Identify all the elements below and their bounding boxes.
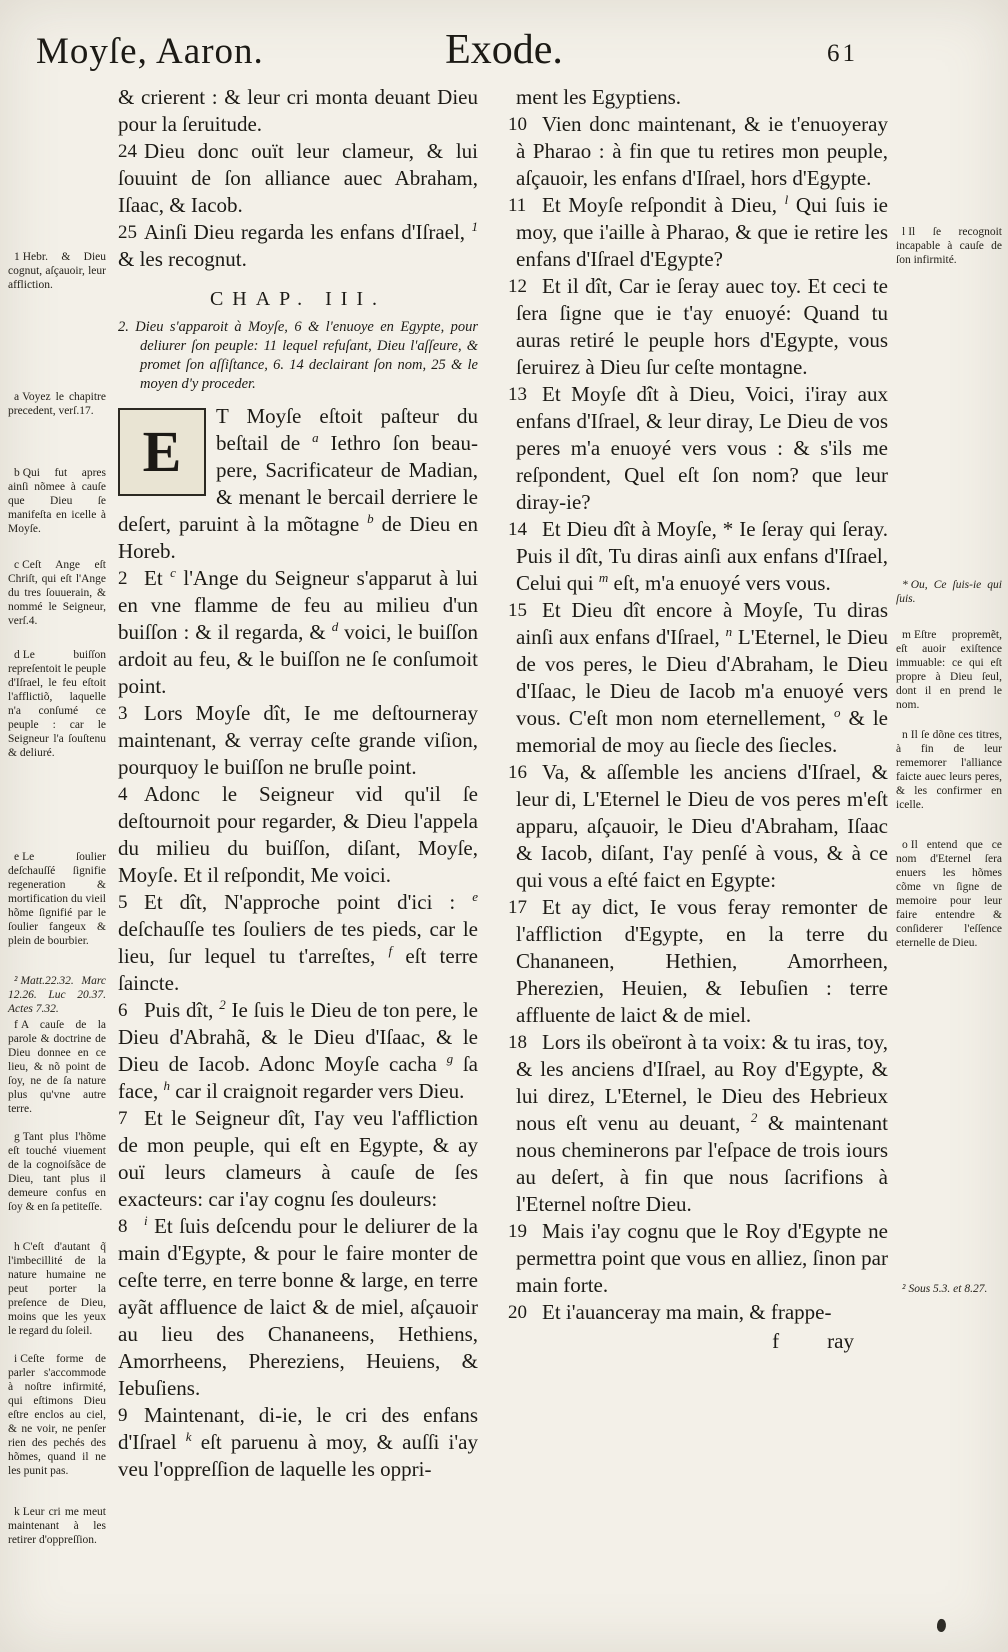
margin-note: nIl ſe dõne ces titres, à fin de leur re… xyxy=(896,728,1002,812)
note-text: Leur cri me meut maintenant à les retire… xyxy=(8,1506,106,1546)
verse-text: Dieu donc ouït leur clameur, & lui ſouui… xyxy=(118,139,478,217)
verse-text: Et Moyſe reſpondit à Dieu, l Qui ſuis ie… xyxy=(516,193,888,271)
margin-note: hC'eſt d'autant q̃ l'imbecillité de la n… xyxy=(8,1240,106,1338)
verse-number: 6 xyxy=(92,997,128,1024)
note-text: A cauſe de la parole & doctrine de Dieu … xyxy=(8,1019,106,1115)
verse-19: 19Mais i'ay cognu que le Roy d'Egypte ne… xyxy=(516,1218,888,1299)
margin-note: fA cauſe de la parole & doctrine de Dieu… xyxy=(8,1018,106,1116)
verse-number: 25 xyxy=(92,219,137,246)
note-label: * xyxy=(902,579,908,591)
book-page: Moyſe, Aaron. Exode. 61 1Hebr. & Dieu co… xyxy=(0,0,1008,1652)
note-label: i xyxy=(14,1353,17,1365)
note-label: 1 xyxy=(14,251,20,263)
verse-10: 10Vien donc maintenant, & ie t'enuoyeray… xyxy=(516,111,888,192)
catchword-row: fray xyxy=(516,1328,888,1355)
verse-text: Et c l'Ange du Seigneur s'apparut à lui … xyxy=(118,566,478,698)
verse-number: 13 xyxy=(482,381,527,408)
verse-4: 4Adonc le Seigneur vid qu'il ſe deſtourn… xyxy=(118,781,478,889)
verse-8: 8i Et ſuis deſcendu pour le deliurer de … xyxy=(118,1213,478,1402)
verse-11: 11Et Moyſe reſpondit à Dieu, l Qui ſuis … xyxy=(516,192,888,273)
verse-text: Et i'auanceray ma main, & frappe- xyxy=(542,1300,831,1324)
verse-number: 8 xyxy=(92,1213,128,1240)
verse-number: 3 xyxy=(92,700,128,727)
verse-text: Adonc le Seigneur vid qu'il ſe deſtourno… xyxy=(118,782,478,887)
verse-1: ET Moyſe eſtoit paſteur du beſtail de a … xyxy=(118,403,478,565)
note-label: d xyxy=(14,649,20,661)
note-text: Qui fut apres ainſi nõmee à cauſe que Di… xyxy=(8,467,106,535)
continuation-paragraph: ment les Egyptiens. xyxy=(516,84,888,111)
margin-note: *Ou, Ce ſuis-ie qui ſuis. xyxy=(896,578,1002,606)
verse-13: 13Et Moyſe dît à Dieu, Voici, i'iray aux… xyxy=(516,381,888,516)
verse-text: Et le Seigneur dît, I'ay veu l'afflictio… xyxy=(118,1106,478,1211)
verse-number: 11 xyxy=(482,192,526,219)
chapter-summary: 2. Dieu s'apparoit à Moyſe, 6 & l'enuoye… xyxy=(118,318,478,394)
margin-note: oIl entend que ce nom d'Eternel ſera enu… xyxy=(896,838,1002,950)
verse-text: Lors Moyſe dît, Ie me deſtourneray maint… xyxy=(118,701,478,779)
note-label: ² xyxy=(902,1283,905,1295)
verse-text: i Et ſuis deſcendu pour le deliurer de l… xyxy=(118,1214,478,1400)
verse-text: Ainſi Dieu regarda les enfans d'Iſrael, … xyxy=(118,220,478,271)
verse-15: 15Et Dieu dît encore à Moyſe, Tu diras a… xyxy=(516,597,888,759)
note-text: Eſtre propremẽt, eſt auoir exiſtence imm… xyxy=(896,629,1002,711)
note-text: Sous 5.3. et 8.27. xyxy=(908,1283,987,1295)
verse-number: 17 xyxy=(482,894,527,921)
verse-18: 18Lors ils obeïront à ta voix: & tu iras… xyxy=(516,1029,888,1218)
verse-text: Maintenant, di-ie, le cri des enfans d'I… xyxy=(118,1403,478,1481)
note-label: l xyxy=(902,226,905,238)
note-text: C'eſt d'autant q̃ l'imbecillité de la na… xyxy=(8,1241,106,1337)
note-text: Il ſe dõne ces titres, à fin de leur rem… xyxy=(896,729,1002,811)
verse-12: 12Et il dît, Car ie ſeray auec toy. Et c… xyxy=(516,273,888,381)
verse-17: 17Et ay dict, Ie vous feray remonter de … xyxy=(516,894,888,1029)
note-label: g xyxy=(14,1131,20,1143)
text-column-right: ment les Egyptiens. 10Vien donc maintena… xyxy=(516,84,888,1355)
verse-text: Vien donc maintenant, & ie t'enuoyeray à… xyxy=(516,112,888,190)
margin-note: 1Hebr. & Dieu cognut, aſçauoir, leur aff… xyxy=(8,250,106,292)
verse-text: Et ay dict, Ie vous feray remonter de l'… xyxy=(516,895,888,1027)
verse-number: 18 xyxy=(482,1029,527,1056)
verse-25: 25Ainſi Dieu regarda les enfans d'Iſrael… xyxy=(118,219,478,273)
page-number: 61 xyxy=(827,40,858,68)
margin-note: gTant plus l'hõme eſt touché viuement de… xyxy=(8,1130,106,1214)
verse-5: 5Et dît, N'approche point d'ici : e deſc… xyxy=(118,889,478,997)
verse-14: 14Et Dieu dît à Moyſe, * Ie ſeray qui ſe… xyxy=(516,516,888,597)
verse-text: Et dît, N'approche point d'ici : e deſch… xyxy=(118,890,478,995)
verse-24: 24Dieu donc ouït leur clameur, & lui ſou… xyxy=(118,138,478,219)
text-column-left: & crierent : & leur cri monta deuant Die… xyxy=(118,84,478,1483)
verse-number: 10 xyxy=(482,111,527,138)
verse-6: 6Puis dît, 2 Ie ſuis le Dieu de ton pere… xyxy=(118,997,478,1105)
verse-text: Puis dît, 2 Ie ſuis le Dieu de ton pere,… xyxy=(118,998,478,1103)
signature-mark: f xyxy=(772,1328,779,1355)
decorated-initial: E xyxy=(118,408,206,496)
note-text: Tant plus l'hõme eſt touché viuement de … xyxy=(8,1131,106,1213)
verse-number: 19 xyxy=(482,1218,527,1245)
note-text: Hebr. & Dieu cognut, aſçauoir, leur affl… xyxy=(8,251,106,291)
margin-note: kLeur cri me meut maintenant à les retir… xyxy=(8,1505,106,1547)
margin-note: aVoyez le chapitre precedent, verſ.17. xyxy=(8,390,106,418)
note-label: n xyxy=(902,729,908,741)
verse-16: 16Va, & aſſemble les anciens d'Iſrael, &… xyxy=(516,759,888,894)
verse-9: 9Maintenant, di-ie, le cri des enfans d'… xyxy=(118,1402,478,1483)
margin-note-crossref: ²Sous 5.3. et 8.27. xyxy=(896,1282,1002,1296)
note-label: b xyxy=(14,467,20,479)
note-text: Il entend que ce nom d'Eternel ſera enue… xyxy=(896,839,1002,949)
verse-text: Va, & aſſemble les anciens d'Iſrael, & l… xyxy=(516,760,888,892)
verse-text: Et Moyſe dît à Dieu, Voici, i'iray aux e… xyxy=(516,382,888,514)
note-label: ² xyxy=(14,975,17,987)
continuation-paragraph: & crierent : & leur cri monta deuant Die… xyxy=(118,84,478,138)
verse-number: 4 xyxy=(92,781,128,808)
verse-text: Et il dît, Car ie ſeray auec toy. Et cec… xyxy=(516,274,888,379)
verse-20: 20Et i'auanceray ma main, & frappe- xyxy=(516,1299,888,1326)
note-label: k xyxy=(14,1506,20,1518)
chapter-heading: CHAP. III. xyxy=(118,286,478,313)
verse-number: 20 xyxy=(482,1299,527,1326)
margin-note: bQui fut apres ainſi nõmee à cauſe que D… xyxy=(8,466,106,536)
margin-note: mEſtre propremẽt, eſt auoir exiſtence im… xyxy=(896,628,1002,712)
verse-number: 5 xyxy=(92,889,128,916)
verse-number: 14 xyxy=(482,516,527,543)
verse-number: 9 xyxy=(92,1402,128,1429)
verse-text: Lors ils obeïront à ta voix: & tu iras, … xyxy=(516,1030,888,1216)
note-text: Il ſe recognoit incapable à cauſe de ſon… xyxy=(896,226,1002,266)
note-label: h xyxy=(14,1241,20,1253)
verse-number: 15 xyxy=(482,597,527,624)
verse-text: Et Dieu dît à Moyſe, * Ie ſeray qui ſera… xyxy=(516,517,888,595)
right-margin-notes: lIl ſe recognoit incapable à cauſe de ſo… xyxy=(896,0,1002,1652)
note-label: f xyxy=(14,1019,18,1031)
note-label: e xyxy=(14,851,19,863)
note-label: o xyxy=(902,839,908,851)
verse-number: 7 xyxy=(92,1105,128,1132)
note-text: Ou, Ce ſuis-ie qui ſuis. xyxy=(896,579,1002,605)
verse-7: 7Et le Seigneur dît, I'ay veu l'afflicti… xyxy=(118,1105,478,1213)
note-label: a xyxy=(14,391,19,403)
margin-note: lIl ſe recognoit incapable à cauſe de ſo… xyxy=(896,225,1002,267)
drop-cap-letter: E xyxy=(143,423,182,481)
verse-text: Et Dieu dît encore à Moyſe, Tu diras ain… xyxy=(516,598,888,757)
verse-number: 16 xyxy=(482,759,527,786)
verse-number: 12 xyxy=(482,273,527,300)
verse-number: 2 xyxy=(92,565,128,592)
note-label: c xyxy=(14,559,19,571)
verse-3: 3Lors Moyſe dît, Ie me deſtourneray main… xyxy=(118,700,478,781)
note-label: m xyxy=(902,629,911,641)
verse-text: Mais i'ay cognu que le Roy d'Egypte ne p… xyxy=(516,1219,888,1297)
verse-2: 2Et c l'Ange du Seigneur s'apparut à lui… xyxy=(118,565,478,700)
verse-number: 24 xyxy=(92,138,137,165)
note-text: Voyez le chapitre precedent, verſ.17. xyxy=(8,391,106,417)
catchword: ray xyxy=(827,1328,854,1355)
